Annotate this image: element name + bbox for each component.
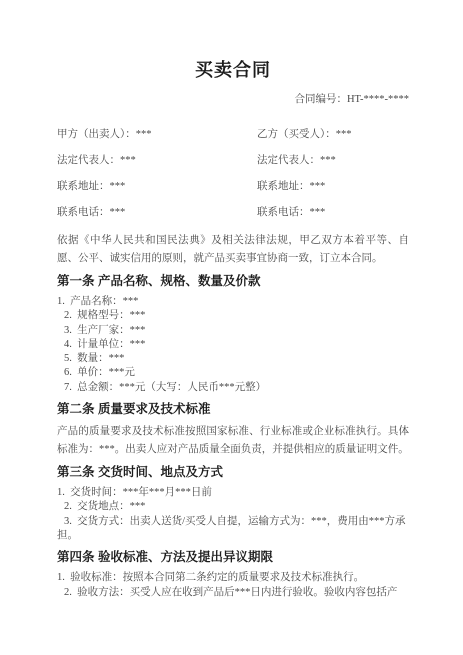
section-2-body: 产品的质量要求及技术标准按照国家标准、行业标准或企业标准执行。具体标准为：***… bbox=[57, 423, 409, 458]
document-title: 买卖合同 bbox=[57, 55, 409, 85]
list-item: 1. 产品名称：*** bbox=[57, 295, 409, 309]
buyer-column: 乙方（买受人）：*** 法定代表人：*** 联系地址：*** 联系电话：*** bbox=[257, 122, 409, 226]
section-4-heading: 第四条 验收标准、方法及提出异议期限 bbox=[57, 549, 409, 565]
list-item: 3. 生产厂家：*** bbox=[57, 324, 409, 338]
list-item: 2. 交货地点：*** bbox=[57, 500, 409, 514]
section-1-list: 1. 产品名称：*** 2. 规格型号：*** 3. 生产厂家：*** 4. 计… bbox=[57, 295, 409, 395]
seller-name-line: 甲方（出卖人）：*** bbox=[57, 122, 257, 148]
list-item: 7. 总金额：***元（大写：人民币***元整） bbox=[57, 381, 409, 395]
section-3-list: 1. 交货时间：***年***月***日前 2. 交货地点：*** 3. 交货方… bbox=[57, 486, 409, 543]
list-item: 2. 验收方法：买受人应在收到产品后***日内进行验收。验收内容包括产 bbox=[57, 586, 409, 600]
buyer-legal-rep-line: 法定代表人：*** bbox=[257, 148, 409, 174]
list-item: 6. 单价：***元 bbox=[57, 366, 409, 380]
section-acceptance: 第四条 验收标准、方法及提出异议期限 1. 验收标准：按照本合同第二条约定的质量… bbox=[57, 549, 409, 600]
section-delivery: 第三条 交货时间、地点及方式 1. 交货时间：***年***月***日前 2. … bbox=[57, 464, 409, 543]
parties-block: 甲方（出卖人）：*** 法定代表人：*** 联系地址：*** 联系电话：*** … bbox=[57, 122, 409, 226]
section-3-heading: 第三条 交货时间、地点及方式 bbox=[57, 464, 409, 480]
section-2-heading: 第二条 质量要求及技术标准 bbox=[57, 401, 409, 417]
list-item: 2. 规格型号：*** bbox=[57, 309, 409, 323]
list-item: 4. 计量单位：*** bbox=[57, 338, 409, 352]
buyer-phone-line: 联系电话：*** bbox=[257, 200, 409, 226]
section-1-heading: 第一条 产品名称、规格、数量及价款 bbox=[57, 273, 409, 289]
seller-column: 甲方（出卖人）：*** 法定代表人：*** 联系地址：*** 联系电话：*** bbox=[57, 122, 257, 226]
list-item: 5. 数量：*** bbox=[57, 352, 409, 366]
contract-document-page: 买卖合同 合同编号：HT-****-**** 甲方（出卖人）：*** 法定代表人… bbox=[0, 0, 463, 655]
section-quality-standard: 第二条 质量要求及技术标准 产品的质量要求及技术标准按照国家标准、行业标准或企业… bbox=[57, 401, 409, 458]
list-item: 1. 验收标准：按照本合同第二条约定的质量要求及技术标准执行。 bbox=[57, 571, 409, 585]
seller-phone-line: 联系电话：*** bbox=[57, 200, 257, 226]
contract-preamble: 依据《中华人民共和国民法典》及相关法律法规，甲乙双方本着平等、自愿、公平、诚实信… bbox=[57, 232, 409, 267]
list-item: 1. 交货时间：***年***月***日前 bbox=[57, 486, 409, 500]
buyer-name-line: 乙方（买受人）：*** bbox=[257, 122, 409, 148]
buyer-address-line: 联系地址：*** bbox=[257, 174, 409, 200]
seller-legal-rep-line: 法定代表人：*** bbox=[57, 148, 257, 174]
section-product-info: 第一条 产品名称、规格、数量及价款 1. 产品名称：*** 2. 规格型号：**… bbox=[57, 273, 409, 395]
list-item: 3. 交货方式：出卖人送货/买受人自提，运输方式为：***，费用由***方承担。 bbox=[57, 515, 409, 544]
seller-address-line: 联系地址：*** bbox=[57, 174, 257, 200]
contract-number: 合同编号：HT-****-**** bbox=[57, 93, 409, 107]
section-4-list: 1. 验收标准：按照本合同第二条约定的质量要求及技术标准执行。 2. 验收方法：… bbox=[57, 571, 409, 600]
